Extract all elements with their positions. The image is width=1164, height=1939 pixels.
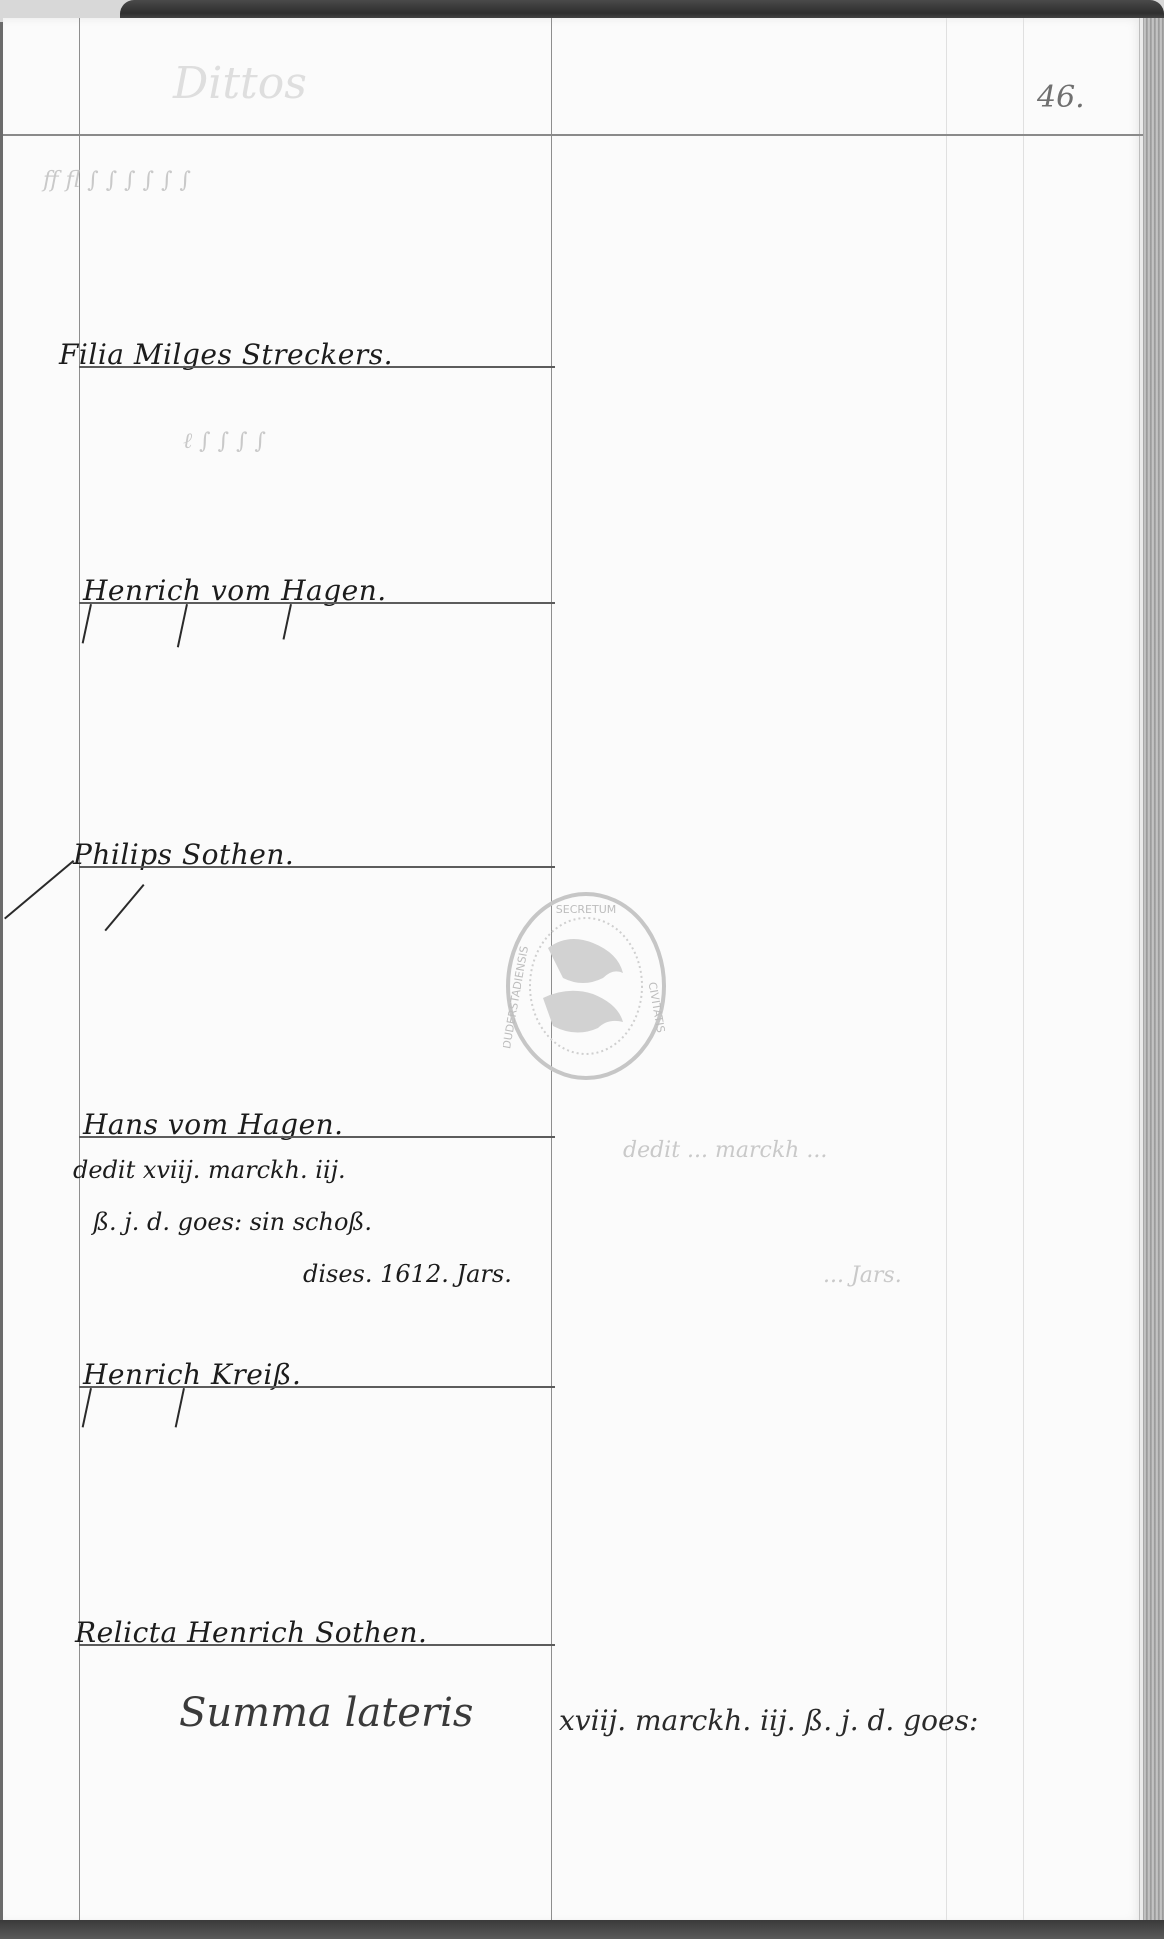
entry-note-line: ß. j. d. goes: sin schoß. bbox=[93, 1208, 372, 1236]
bleed-through-text: dedit ... marckh ... bbox=[623, 1138, 827, 1163]
bleed-through-text: ﬀ ﬂ ∫ ∫ ∫ ∫ ∫ ∫ bbox=[43, 168, 191, 193]
right-faint-rule-2 bbox=[1023, 18, 1024, 1923]
manuscript-page: Dittos 46. ﬀ ﬂ ∫ ∫ ∫ ∫ ∫ ∫ ℓ ∫ ∫ ∫ ∫ ded… bbox=[3, 18, 1143, 1923]
summa-label: Summa lateris bbox=[179, 1690, 473, 1736]
descender-stroke bbox=[177, 604, 188, 647]
entry-rule bbox=[79, 1386, 555, 1388]
folio-number: 46. bbox=[1037, 80, 1085, 115]
city-seal-stamp: SECRETUM CIVITATIS DUDERSTADIENSIS bbox=[503, 888, 669, 1084]
bleed-through-text: ... Jars. bbox=[823, 1263, 902, 1288]
entry-rule bbox=[79, 602, 555, 604]
entry-rule bbox=[79, 866, 555, 868]
page-stack-edge bbox=[1143, 18, 1164, 1923]
descender-stroke bbox=[175, 1388, 185, 1428]
book-binding-bottom bbox=[0, 1920, 1164, 1939]
seal-legend-top: SECRETUM bbox=[556, 903, 616, 916]
descender-stroke bbox=[82, 1388, 92, 1428]
entry-rule bbox=[79, 1136, 555, 1138]
header-rule bbox=[3, 134, 1143, 136]
descender-stroke bbox=[82, 604, 92, 644]
faint-header-text: Dittos bbox=[173, 58, 307, 109]
right-faint-rule bbox=[946, 18, 947, 1923]
diagonal-stroke bbox=[104, 884, 144, 931]
summa-value: xviij. marckh. iij. ß. j. d. goes: bbox=[559, 1704, 978, 1737]
entry-note-line: dedit xviij. marckh. iij. bbox=[73, 1156, 346, 1184]
entry-rule bbox=[79, 366, 555, 368]
right-page-rule bbox=[1139, 18, 1140, 1923]
entry-rule bbox=[79, 1644, 555, 1646]
diagonal-stroke bbox=[4, 860, 74, 919]
entry-note-line: dises. 1612. Jars. bbox=[303, 1260, 512, 1288]
bleed-through-text: ℓ ∫ ∫ ∫ ∫ bbox=[183, 428, 266, 454]
descender-stroke bbox=[283, 604, 292, 640]
